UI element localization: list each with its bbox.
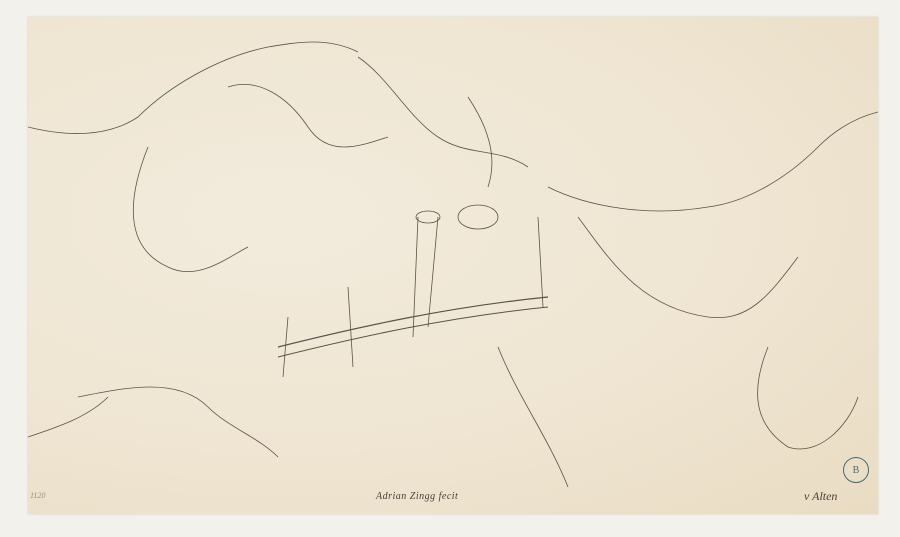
collector-stamp-icon: B bbox=[843, 457, 869, 483]
stamp-glyph: B bbox=[853, 465, 860, 476]
artist-inscription: Adrian Zingg fecit bbox=[376, 491, 458, 502]
inventory-number: 1120 bbox=[30, 491, 45, 500]
sketch-lines bbox=[28, 17, 878, 514]
provenance-inscription: v Alten bbox=[804, 489, 837, 504]
drawing-sheet bbox=[28, 17, 878, 514]
